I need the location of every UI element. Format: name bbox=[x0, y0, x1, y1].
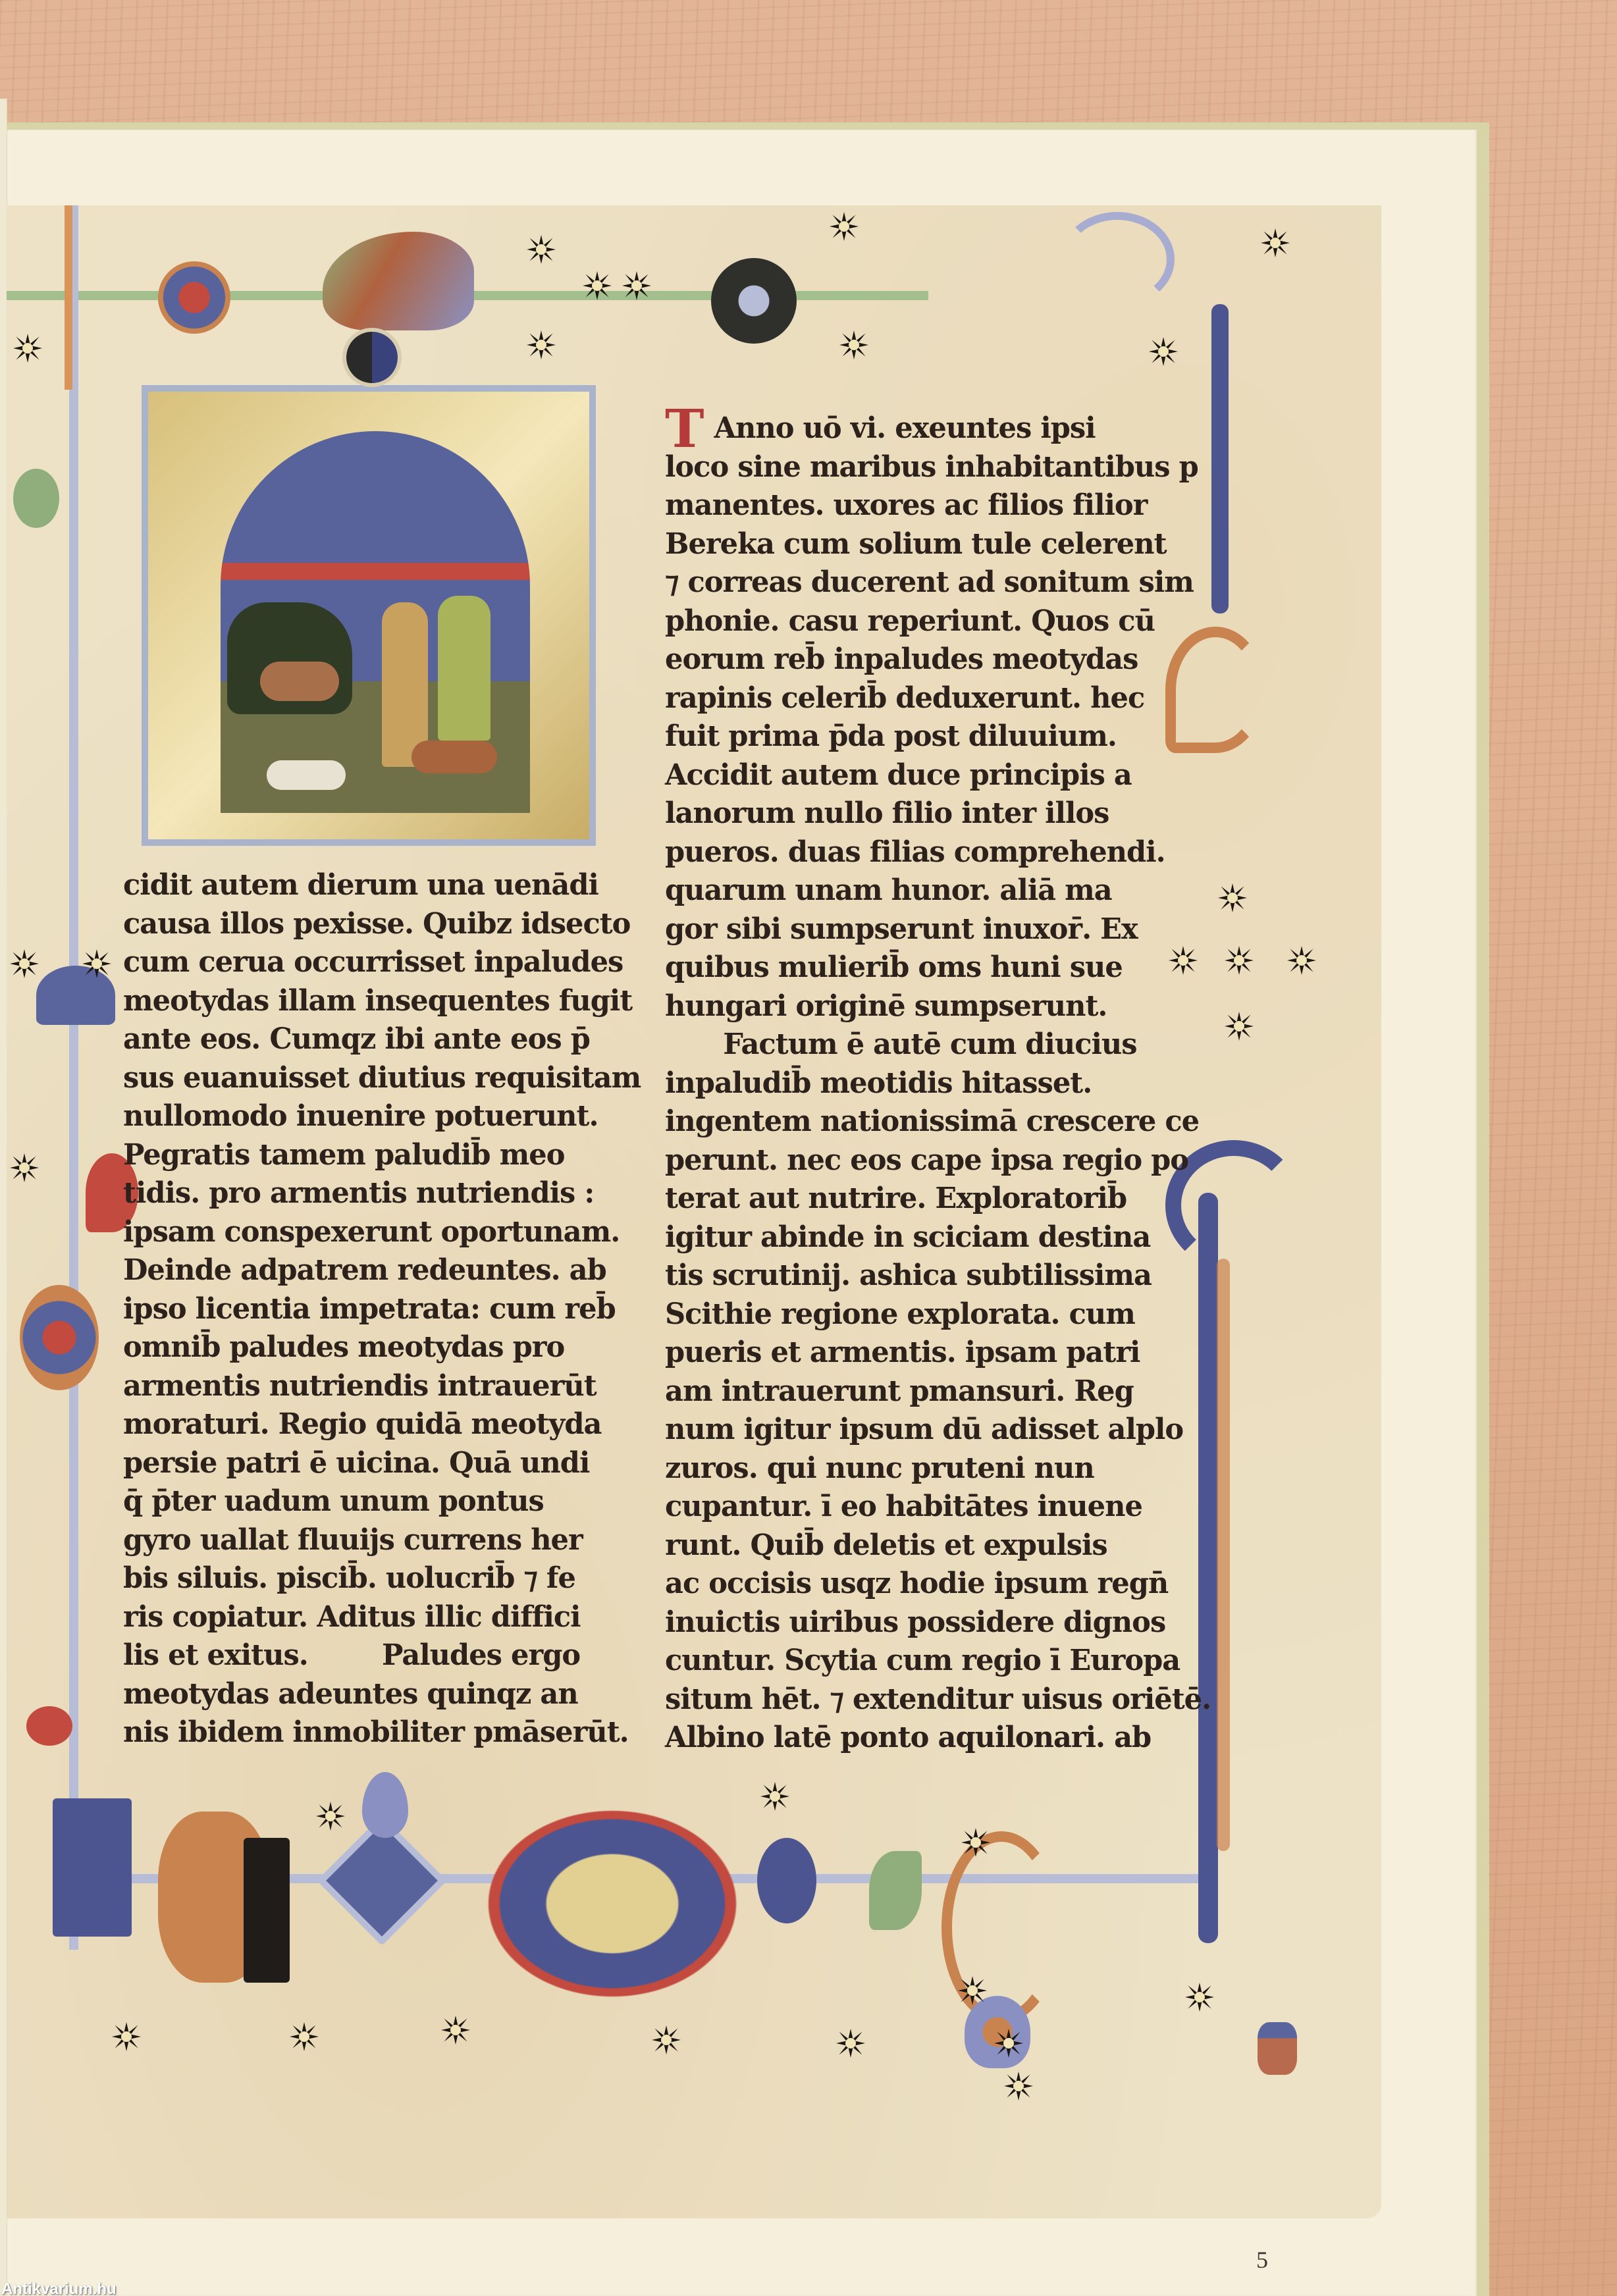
text-line: Albino latē ponto aquilonari. ab bbox=[665, 1719, 1211, 1758]
gold-star-icon bbox=[830, 212, 859, 241]
gold-star-icon bbox=[112, 2022, 141, 2051]
gold-star-icon bbox=[961, 1828, 990, 1857]
gold-star-icon bbox=[1225, 1012, 1254, 1041]
companion-figures bbox=[438, 596, 490, 741]
text-line: gyro uallat fluuijs currens her bbox=[123, 1521, 641, 1560]
text-line: quibus mulierib̄ oms huni sue bbox=[665, 949, 1211, 987]
text-line: pueros. duas filias comprehendi. bbox=[665, 833, 1211, 872]
text-line: quarum unam hunor. aliā ma bbox=[665, 872, 1211, 910]
left-border-orange-stem bbox=[65, 205, 72, 390]
text-line: eorum reb̄ inpaludes meotydas bbox=[665, 640, 1211, 679]
text-line: persie patri ē uicina. Quā undi bbox=[123, 1444, 641, 1483]
gold-star-icon bbox=[1261, 228, 1290, 257]
watermark: Antikvarium.hu bbox=[1, 2280, 117, 2296]
left-text-column: cidit autem dierum una uenādi causa illo… bbox=[123, 866, 651, 1752]
page-number: 5 bbox=[1256, 2246, 1268, 2274]
text-line: nullomodo inuenire potuerunt. bbox=[123, 1097, 641, 1136]
text-line: runt. Quib̄ deletis et expulsis bbox=[665, 1526, 1211, 1565]
text-line: meotydas illam insequentes fugit bbox=[123, 982, 641, 1021]
text-line: bis siluis. piscib̄. uolucrib̄ ⁊ fe bbox=[123, 1559, 641, 1598]
left-green-leaf-ornament bbox=[13, 469, 59, 528]
gold-star-icon bbox=[290, 2022, 319, 2051]
text-line: ipsam conspexerunt oportunam. bbox=[123, 1213, 641, 1252]
bottom-blue-oval-ornament bbox=[757, 1838, 816, 1923]
text-line: cum cerua occurrisset inpaludes bbox=[123, 943, 641, 982]
text-line: ingentem nationissimā crescere ce bbox=[665, 1103, 1211, 1141]
gold-star-icon bbox=[13, 334, 42, 363]
text-line: tidis. pro armentis nutriendis : bbox=[123, 1174, 641, 1213]
right-small-scroll-ornament bbox=[1258, 2022, 1297, 2075]
gold-star-icon bbox=[583, 271, 612, 300]
white-hound-figure bbox=[267, 760, 346, 790]
heraldic-shield-icon bbox=[342, 328, 402, 387]
gold-star-icon bbox=[958, 1976, 987, 2005]
right-text-column: Anno uō vi. exeuntes ipsi loco sine mari… bbox=[665, 409, 1222, 1758]
text-line: omnib̄ paludes meotydas pro bbox=[123, 1328, 641, 1367]
gold-star-icon bbox=[836, 2029, 865, 2058]
gold-star-icon bbox=[760, 1782, 789, 1811]
gold-star-icon bbox=[10, 949, 39, 978]
text-line: hungari originē sumpserunt. bbox=[665, 987, 1211, 1026]
text-line: tis scrutinij. ashica subtilissima bbox=[665, 1257, 1211, 1295]
arch-red-band bbox=[221, 563, 530, 580]
text-line: lanorum nullo filio inter illos bbox=[665, 795, 1211, 833]
left-bud-ornament-lower bbox=[26, 1706, 72, 1746]
text-line: Factum ē autē cum diucius bbox=[665, 1026, 1211, 1064]
text-line: manentes. uxores ac filios filior bbox=[665, 486, 1211, 525]
text-line: ante eos. Cumqz ibi ante eos p̄ bbox=[123, 1020, 641, 1059]
gold-star-icon bbox=[10, 1153, 39, 1182]
gold-star-icon bbox=[316, 1802, 345, 1831]
text-line: Anno uō vi. exeuntes ipsi bbox=[665, 409, 1211, 448]
bottom-black-ornament bbox=[244, 1838, 290, 1983]
text-line: moraturi. Regio quidā meotyda bbox=[123, 1405, 641, 1444]
text-line: causa illos pexisse. Quibz idsecto bbox=[123, 905, 641, 944]
text-line: meotydas adeuntes quinqz an bbox=[123, 1675, 641, 1714]
text-line: armentis nutriendis intrauerūt bbox=[123, 1367, 641, 1406]
gold-star-icon bbox=[527, 330, 556, 359]
text-line: igitur abinde in sciciam destina bbox=[665, 1218, 1211, 1257]
gold-star-icon bbox=[994, 2029, 1023, 2058]
bottom-blue-square-ornament bbox=[53, 1798, 132, 1937]
gold-star-icon bbox=[82, 949, 111, 978]
text-line: situm hēt. ⁊ extenditur uisus oriētē. bbox=[665, 1681, 1211, 1719]
left-multicolor-ornament bbox=[20, 1285, 99, 1390]
text-line: inuictis uiribus possidere dignos bbox=[665, 1604, 1211, 1642]
hunting-scene bbox=[221, 431, 530, 813]
gold-star-icon bbox=[527, 235, 556, 264]
brown-hound-figure bbox=[411, 741, 497, 773]
text-line: gor sibi sumpserunt inuxor̄. Ex bbox=[665, 910, 1211, 949]
text-line: Deinde adpatrem redeuntes. ab bbox=[123, 1251, 641, 1290]
illuminated-initial-miniature bbox=[142, 385, 596, 846]
text-line: zuros. qui nunc pruteni nun bbox=[665, 1449, 1211, 1488]
top-right-blue-scroll bbox=[1060, 212, 1175, 307]
gold-star-icon bbox=[1218, 883, 1247, 912]
gold-star-icon bbox=[1149, 337, 1178, 366]
text-line: am intrauerunt pmansuri. Reg bbox=[665, 1372, 1211, 1411]
text-line: fuit prima p̄da post diluuium. bbox=[665, 717, 1211, 756]
top-leaf-ornament bbox=[323, 232, 474, 330]
left-border-stem bbox=[69, 205, 78, 1950]
text-line: ⁊ correas ducerent ad sonitum sim bbox=[665, 563, 1211, 602]
text-line: perunt. nec eos cape ipsa regio po bbox=[665, 1141, 1211, 1180]
text-line: inpaludib̄ meotidis hitasset. bbox=[665, 1064, 1211, 1103]
text-line: rapinis celerib̄ deduxerunt. hec bbox=[665, 679, 1211, 718]
text-line: sus euanuisset diutius requisitam bbox=[123, 1059, 641, 1098]
top-black-scroll-ornament bbox=[711, 258, 797, 344]
text-line: terat aut nutrire. Exploratorib̄ bbox=[665, 1180, 1211, 1218]
gold-star-icon bbox=[1225, 946, 1254, 975]
text-line: cidit autem dierum una uenādi bbox=[123, 866, 641, 905]
text-line: ris copiatur. Aditus illic diffici bbox=[123, 1598, 641, 1637]
text-line: Scithie regione explorata. cum bbox=[665, 1295, 1211, 1334]
text-line: Accidit autem duce principis a bbox=[665, 756, 1211, 795]
text-line: cupantur. ī eo habitātes inuene bbox=[665, 1488, 1211, 1526]
text-line: loco sine maribus inhabitantibus p bbox=[665, 448, 1211, 487]
text-line: Bereka cum solium tule celerent bbox=[665, 525, 1211, 564]
text-line: q̄ p̄ter uadum unum pontus bbox=[123, 1482, 641, 1521]
text-line: phonie. casu reperiunt. Quos cū bbox=[665, 602, 1211, 641]
text-line: Pegratis tamem paludib̄ meo bbox=[123, 1136, 641, 1175]
bottom-teardrop-ornament bbox=[362, 1772, 408, 1838]
gold-star-icon bbox=[839, 330, 868, 359]
text-line: nis ibidem inmobiliter pmāserūt. bbox=[123, 1713, 641, 1752]
top-floral-ornament bbox=[158, 261, 230, 334]
gold-star-icon bbox=[652, 2025, 681, 2054]
text-line: lis et exitus. Paludes ergo bbox=[123, 1636, 641, 1675]
text-line: cuntur. Scytia cum regio ī Europa bbox=[665, 1642, 1211, 1681]
deer-figure bbox=[260, 662, 339, 701]
text-line: num igitur ipsum dū adisset alplo bbox=[665, 1411, 1211, 1449]
gold-star-icon bbox=[1004, 2072, 1033, 2100]
bottom-central-scroll-ornament bbox=[481, 1805, 744, 2002]
gold-star-icon bbox=[441, 2016, 470, 2045]
gold-star-icon bbox=[622, 271, 651, 300]
text-line: ac occisis usqz hodie ipsum regn̄ bbox=[665, 1565, 1211, 1604]
text-line: ipso licentia impetrata: cum reb̄ bbox=[123, 1290, 641, 1329]
gold-star-icon bbox=[1185, 1983, 1214, 2012]
bottom-green-leaf-ornament bbox=[869, 1851, 922, 1930]
gold-star-icon bbox=[1287, 946, 1316, 975]
text-line: pueris et armentis. ipsam patri bbox=[665, 1334, 1211, 1372]
